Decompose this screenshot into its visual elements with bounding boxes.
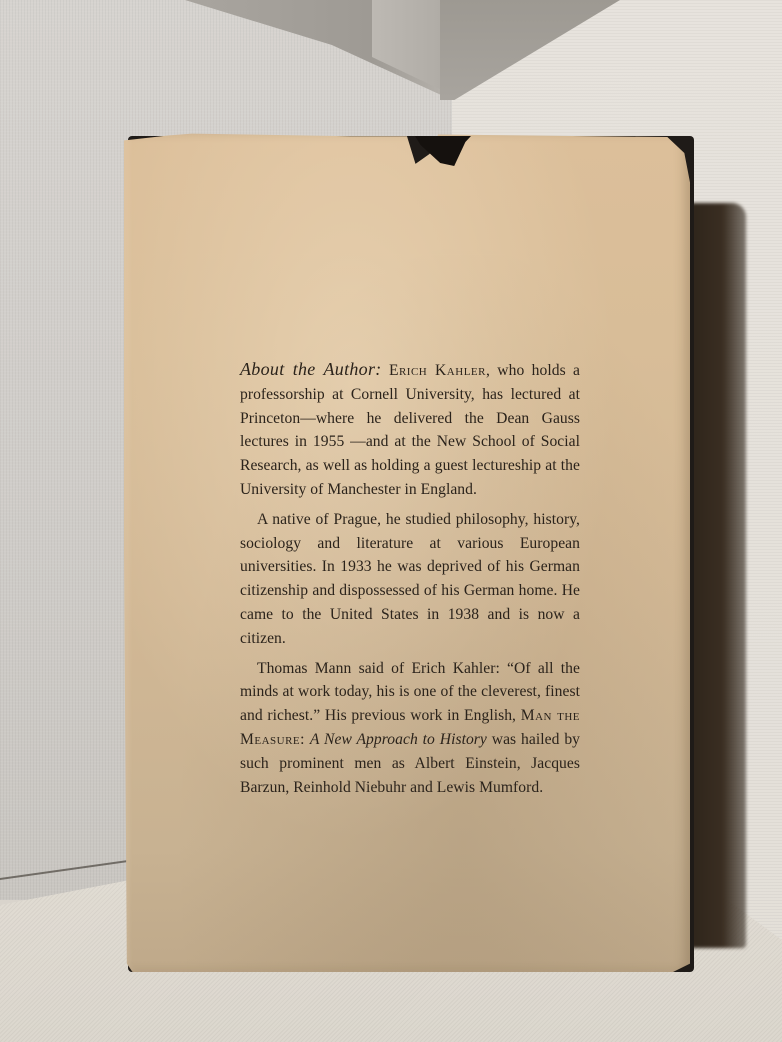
photo-scene: About the Author: Erich Kahler, who hold…: [0, 0, 782, 1042]
bio-paragraph-2: A native of Prague, he studied philosoph…: [240, 508, 580, 651]
bio-paragraph-1: About the Author: Erich Kahler, who hold…: [240, 358, 580, 502]
author-name: Erich Kahler: [389, 362, 486, 379]
bio-heading: About the Author:: [240, 359, 382, 379]
book-subtitle: A New Approach to History: [310, 731, 487, 748]
bio-paragraph-3: Thomas Mann said of Erich Kahler: “Of al…: [240, 657, 580, 800]
bio-paragraph-1-text: , who holds a professorship at Cornell U…: [240, 362, 580, 498]
author-bio: About the Author: Erich Kahler, who hold…: [240, 358, 580, 805]
book-cast-shadow: [688, 203, 746, 948]
